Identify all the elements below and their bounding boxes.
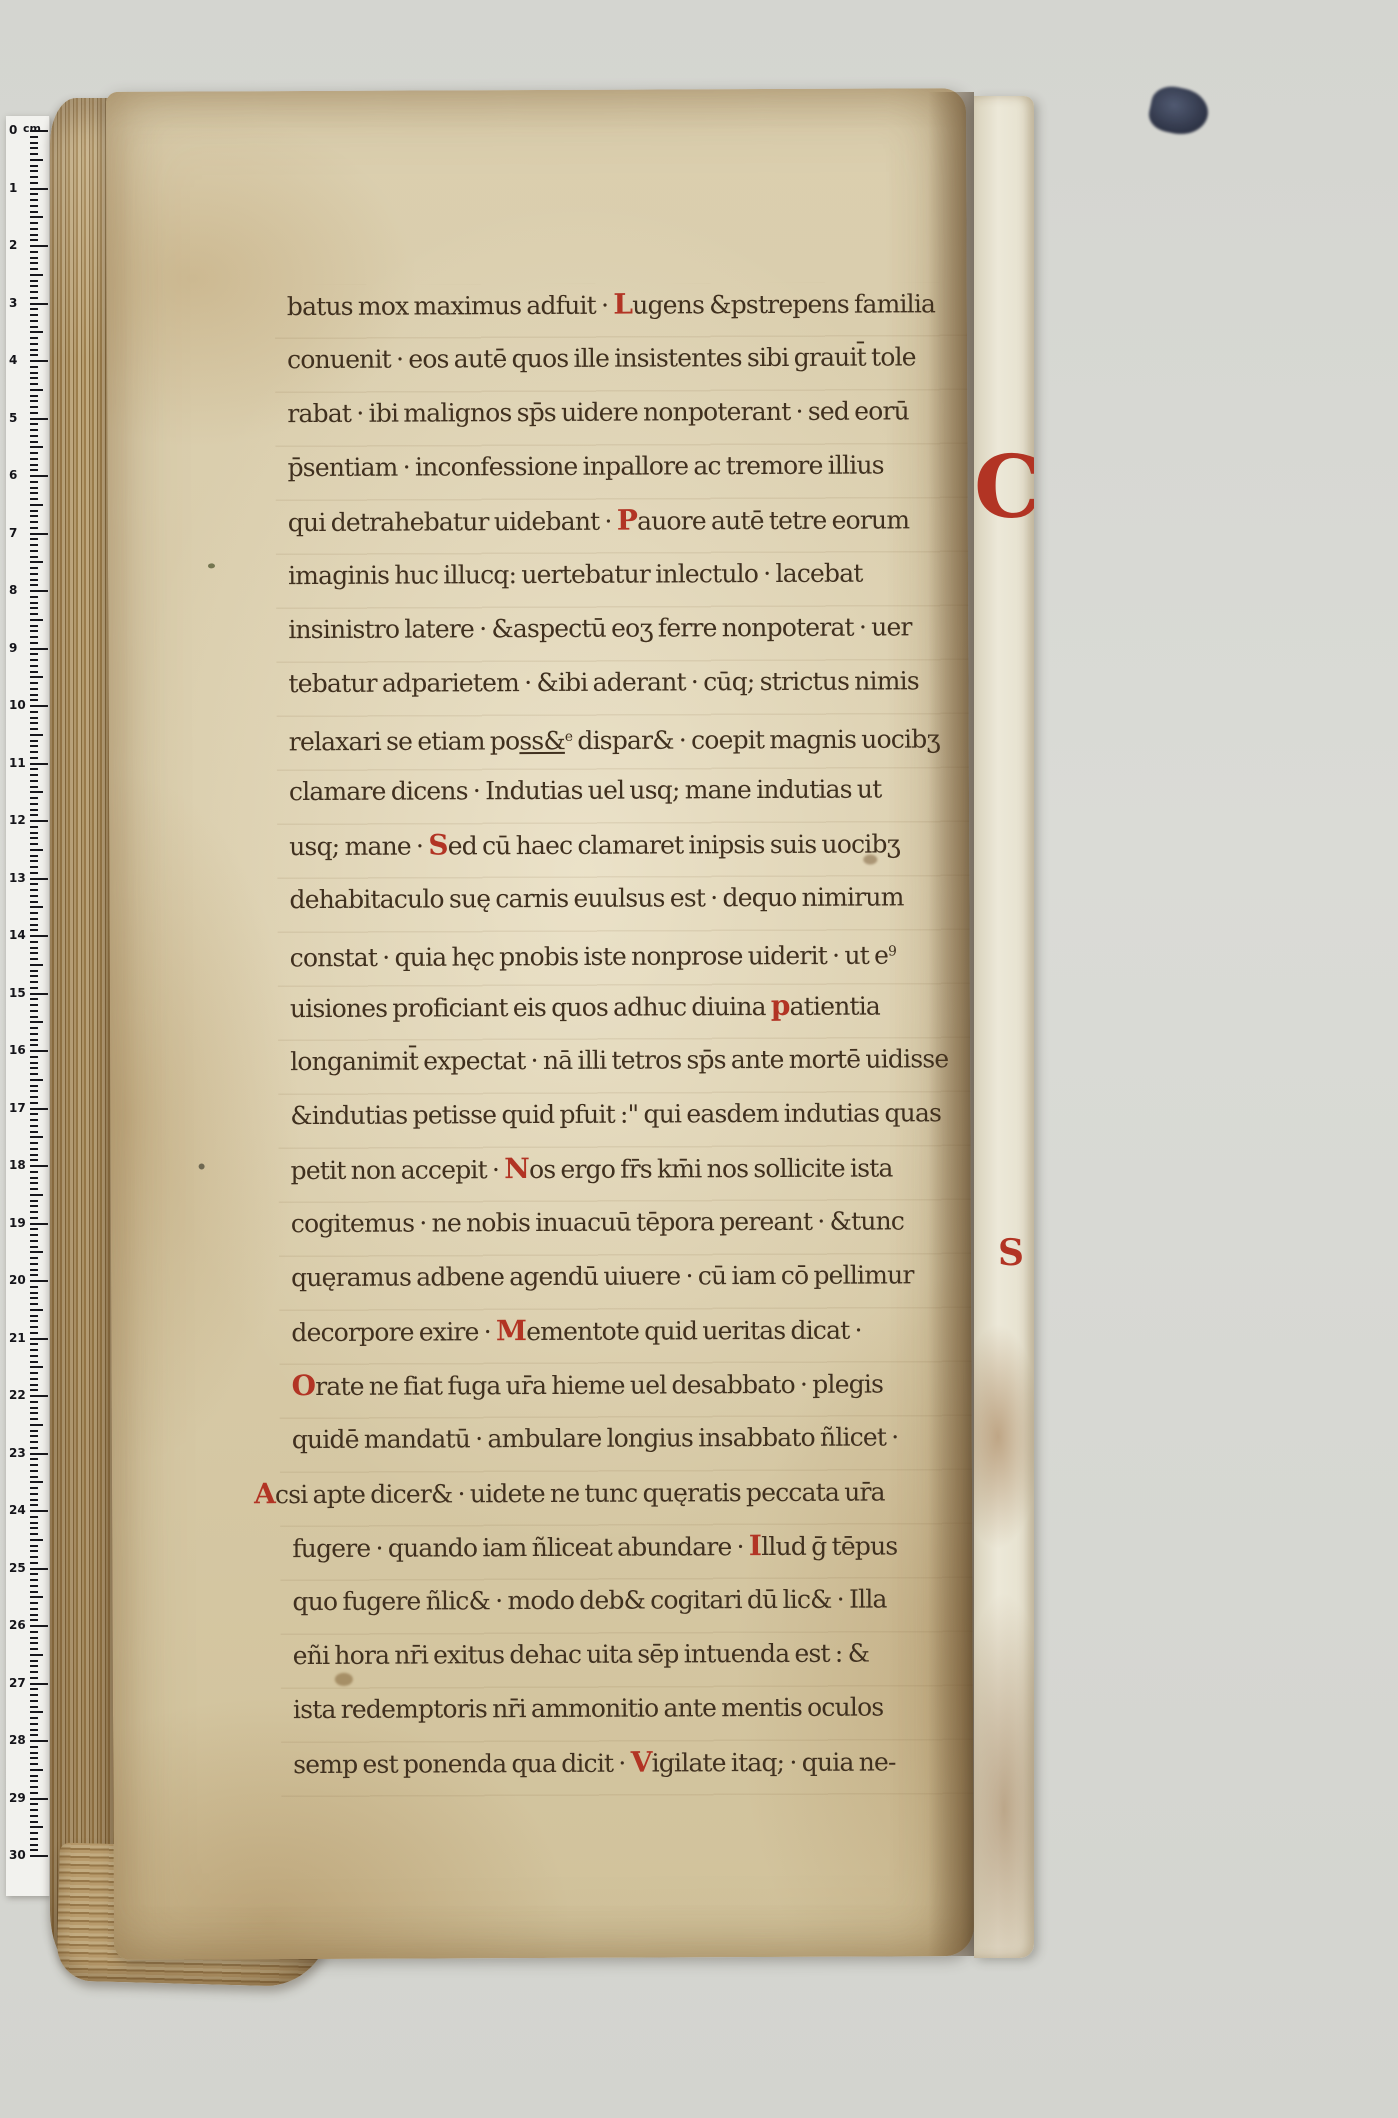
ruler-tick	[30, 1746, 38, 1748]
manuscript-line: fugere · quando iam ñliceat abundare · I…	[292, 1518, 950, 1575]
text-segment: tebatur adparietem · &ibi aderant · cūq;…	[288, 666, 918, 698]
ruler-tick	[30, 843, 38, 845]
ink-speck	[199, 1163, 205, 1169]
ruler-tick	[30, 429, 38, 431]
ruler-tick	[30, 216, 43, 218]
text-segment: dehabitaculo suę carnis euulsus est · de…	[289, 882, 903, 914]
ruler-tick	[30, 1269, 38, 1271]
ruler-tick	[30, 803, 38, 805]
ruler-tick	[30, 964, 43, 966]
ruler-tick	[30, 757, 38, 759]
ruler-label: 12	[9, 812, 29, 828]
text-segment: p̄sentiam · inconfessione inpallore ac t…	[288, 450, 884, 482]
manuscript-line: tebatur adparietem · &ibi aderant · cūq;…	[288, 654, 946, 711]
ruler-tick	[30, 1292, 38, 1294]
ruler-tick	[30, 1717, 38, 1719]
ruler-tick	[30, 418, 48, 420]
ruler-tick	[30, 1826, 43, 1828]
ruler-tick	[30, 1171, 38, 1173]
ruler-tick	[30, 147, 38, 149]
ruler-tick	[30, 1223, 48, 1225]
ruler-tick	[30, 987, 38, 989]
ruler-tick	[30, 165, 38, 167]
ruler-tick	[30, 860, 38, 862]
ruler-tick	[30, 303, 48, 305]
ruler-tick	[30, 193, 38, 195]
ruler-tick	[30, 1447, 38, 1449]
ruler-tick	[30, 602, 38, 604]
ruler-tick	[30, 1027, 38, 1029]
ruler-label: 5	[9, 410, 29, 426]
ruler-tick	[30, 1614, 38, 1616]
ruler-tick	[30, 130, 48, 132]
ruler-tick	[30, 211, 38, 213]
ruler-tick	[30, 1798, 48, 1800]
ruler-tick	[30, 1079, 43, 1081]
ruler-tick	[30, 354, 38, 356]
ruler-tick	[30, 728, 38, 730]
ruler-tick	[30, 1700, 38, 1702]
manuscript-page: batus mox maximus adfuit · Lugens &pstre…	[106, 88, 974, 1960]
ruler-tick	[30, 337, 38, 339]
ruler-tick	[30, 142, 38, 144]
ruler-label: 8	[9, 582, 29, 598]
ruler-tick	[30, 1769, 43, 1771]
ruler-tick	[30, 222, 38, 224]
ruler-tick	[30, 533, 48, 535]
ruler-tick	[30, 1476, 38, 1478]
ruler-tick	[30, 791, 43, 793]
ruler-tick	[30, 1671, 38, 1673]
manuscript-line: quo fugere ñlic& · modo deb& cogitari dū…	[292, 1572, 950, 1629]
ruler-tick	[30, 993, 48, 995]
stain-spot	[863, 855, 877, 865]
ruler-label: 3	[9, 295, 29, 311]
ruler-tick	[30, 872, 38, 874]
ruler-tick	[30, 1297, 38, 1299]
ruler-tick	[30, 1067, 38, 1069]
ink-speck	[208, 563, 215, 568]
ruler-tick	[30, 1654, 43, 1656]
text-segment: ugens &pstrepens familia	[632, 289, 935, 319]
ruler-tick	[30, 590, 48, 592]
ruler-tick	[30, 1757, 38, 1759]
ruler-tick	[30, 774, 38, 776]
ruler-tick	[30, 797, 38, 799]
facing-page-edge: C S	[974, 96, 1034, 1958]
ruler-tick	[30, 170, 38, 172]
ruler-tick	[30, 814, 38, 816]
ruler-tick	[30, 981, 38, 983]
ruler-tick	[30, 1159, 38, 1161]
manuscript-line: &indutias petisse quid pfuit :" qui easd…	[290, 1086, 948, 1143]
ruler-tick	[30, 1418, 38, 1420]
ruler-tick	[30, 722, 38, 724]
text-segment: &indutias petisse quid pfuit :" qui easd…	[290, 1098, 941, 1130]
ruler-tick	[30, 372, 38, 374]
ruler-tick	[30, 1579, 38, 1581]
ruler-tick	[30, 1516, 38, 1518]
manuscript-line: Acsi apte dicer& · uidete ne tunc quęrat…	[254, 1464, 950, 1521]
ruler-label: 19	[9, 1215, 29, 1231]
text-segment: atientia	[790, 992, 881, 1021]
ruler-tick	[30, 538, 38, 540]
ruler-tick	[30, 705, 48, 707]
ruler-label: 18	[9, 1157, 29, 1173]
ruler-tick	[30, 832, 38, 834]
ruler-tick	[30, 958, 38, 960]
ruler-tick	[30, 780, 38, 782]
ruler-tick	[30, 412, 38, 414]
ruler-tick	[30, 1688, 38, 1690]
text-segment: semp est ponenda qua dicit ·	[293, 1749, 631, 1779]
ruler-tick	[30, 153, 38, 155]
manuscript-line: eñi hora nr̄i exitus dehac uita sēp intu…	[293, 1626, 951, 1683]
ruler-tick	[30, 400, 38, 402]
ruler-tick	[30, 1096, 38, 1098]
ruler-label: 7	[9, 525, 29, 541]
ruler-tick	[30, 182, 38, 184]
ruler-tick	[30, 1154, 38, 1156]
ruler-tick	[30, 1177, 38, 1179]
ruler-tick	[30, 1125, 38, 1127]
ruler-tick	[30, 268, 38, 270]
ruler-tick	[30, 176, 38, 178]
ruler-tick	[30, 820, 48, 822]
ruler-tick	[30, 1378, 38, 1380]
ruler-tick	[30, 1228, 38, 1230]
ruler-tick	[30, 1326, 38, 1328]
text-segment: qui detrahebatur uidebant ·	[288, 507, 617, 537]
ruler-tick	[30, 642, 38, 644]
ruler-tick	[30, 1366, 43, 1368]
ruler-tick	[30, 653, 38, 655]
text-segment: os ergo fr̄s km̄i nos sollicite ista	[529, 1153, 893, 1184]
ruler-tick	[30, 924, 38, 926]
text-segment: clamare dicens · Indutias uel usq; mane …	[289, 775, 882, 807]
ruler-tick	[30, 452, 38, 454]
ruler-tick	[30, 1711, 43, 1713]
ruler-tick	[30, 682, 38, 684]
manuscript-line: dehabitaculo suę carnis euulsus est · de…	[289, 870, 947, 927]
ruler-tick	[30, 1619, 38, 1621]
text-segment: dispar& · coepit magnis uocibʒ	[572, 725, 940, 756]
ruler-tick	[30, 659, 38, 661]
ruler-label: 9	[9, 640, 29, 656]
ruler-label: 17	[9, 1100, 29, 1116]
ruler-tick	[30, 234, 38, 236]
ruler-tick	[30, 1568, 48, 1570]
text-segment: 9	[888, 943, 896, 959]
ruler-tick	[30, 1263, 38, 1265]
ruler-tick	[30, 889, 38, 891]
ruler-tick	[30, 527, 38, 529]
ruler-tick	[30, 740, 38, 742]
ruler-tick	[30, 1407, 38, 1409]
ruler-tick	[30, 1740, 48, 1742]
ruler-tick	[30, 1665, 38, 1667]
ruler-tick	[30, 274, 43, 276]
ruler-tick	[30, 1642, 38, 1644]
ruler-tick	[30, 688, 38, 690]
rubricated-initial: V	[631, 1746, 652, 1779]
text-segment: quo fugere ñlic& · modo deb& cogitari dū…	[292, 1584, 886, 1616]
ruler-tick	[30, 1389, 38, 1391]
ruler-tick	[30, 446, 43, 448]
ruler-tick	[30, 1343, 38, 1345]
ruler-tick	[30, 1441, 38, 1443]
ruler-tick	[30, 1458, 38, 1460]
text-segment: uisiones proficiant eis quos adhuc diuin…	[290, 992, 771, 1023]
ruler-tick	[30, 711, 38, 713]
gutter-shadow	[928, 92, 974, 1956]
ruler-tick	[30, 1602, 38, 1604]
ruler-label: 28	[9, 1732, 29, 1748]
ruler-tick	[30, 550, 38, 552]
ruler-tick	[30, 699, 38, 701]
ruler-label: 21	[9, 1330, 29, 1346]
ruler-tick	[30, 1585, 38, 1587]
ruler-tick	[30, 1573, 38, 1575]
ruler-tick	[30, 1844, 38, 1846]
manuscript-line: qui detrahebatur uidebant · Pauore autē …	[288, 492, 946, 549]
text-segment: petit non accepit ·	[291, 1155, 505, 1185]
ruler-tick	[30, 1545, 38, 1547]
ruler-tick	[30, 383, 38, 385]
ruler-tick	[30, 199, 38, 201]
ruler-tick	[30, 1752, 38, 1754]
ruler-tick	[30, 1499, 38, 1501]
manuscript-line: constat · quia hęc pnobis iste nonprose …	[290, 924, 948, 981]
ruler-tick	[30, 648, 48, 650]
ruler-tick	[30, 280, 38, 282]
ruler-tick	[30, 1355, 38, 1357]
ruler-tick	[30, 694, 38, 696]
ruler-tick	[30, 855, 38, 857]
ruler-tick	[30, 1591, 38, 1593]
ruler-tick	[30, 498, 38, 500]
ruler-tick	[30, 389, 43, 391]
text-segment: csi apte dicer& · uidete ne tunc quęrati…	[275, 1478, 885, 1510]
text-segment: batus mox maximus adfuit ·	[287, 291, 614, 321]
ruler-tick	[30, 1073, 38, 1075]
ruler-tick	[30, 665, 38, 667]
ruler-tick	[30, 878, 48, 880]
facing-initial-s: S	[998, 1232, 1024, 1274]
ruler-tick	[30, 1832, 38, 1834]
ruler-tick	[30, 1234, 38, 1236]
ruler-tick	[30, 1481, 43, 1483]
ruler-tick	[30, 1470, 38, 1472]
ruler-tick	[30, 159, 43, 161]
ruler-tick	[30, 1136, 43, 1138]
ruler-tick	[30, 1683, 48, 1685]
ruler-tick	[30, 1309, 43, 1311]
ruler-tick	[30, 291, 38, 293]
ruler-tick	[30, 349, 38, 351]
ruler-tick	[30, 584, 38, 586]
ruler-tick	[30, 1527, 38, 1529]
ruler-tick	[30, 636, 38, 638]
ruler-label: 1	[9, 180, 29, 196]
ruler-tick	[30, 1729, 38, 1731]
manuscript-line: longanimit̄ expectat · nā illi tetros sp…	[290, 1032, 948, 1089]
text-segment: auore autē tetre eorum	[637, 505, 909, 535]
ruler-tick	[30, 1412, 38, 1414]
ruler-label: 24	[9, 1502, 29, 1518]
ruler-tick	[30, 1723, 38, 1725]
ruler-tick	[30, 1504, 38, 1506]
ruler-tick	[30, 1200, 38, 1202]
ruler-tick	[30, 245, 48, 247]
ruler-tick	[30, 1217, 38, 1219]
ruler-tick	[30, 1165, 48, 1167]
ruler-tick	[30, 320, 38, 322]
ruler-tick	[30, 228, 38, 230]
text-segment: conuenit · eos autē quos ille insistente…	[287, 342, 916, 374]
ruler-tick	[30, 1637, 38, 1639]
text-segment: cogitemus · ne nobis inuacuū tēpora pere…	[291, 1206, 904, 1238]
ruler-tick	[30, 826, 38, 828]
rubricated-initial: M	[496, 1314, 526, 1347]
rubricated-initial: L	[613, 288, 632, 321]
ruler-tick	[30, 1050, 48, 1052]
manuscript-line: p̄sentiam · inconfessione inpallore ac t…	[287, 438, 945, 495]
ruler-tick	[30, 1453, 48, 1455]
ruler-tick	[30, 423, 38, 425]
ruler-tick	[30, 1608, 38, 1610]
ruler-tick	[30, 314, 38, 316]
ruler-tick	[30, 1182, 38, 1184]
ruler-tick	[30, 377, 38, 379]
ruler-tick	[30, 929, 38, 931]
ruler-tick	[30, 952, 38, 954]
text-segment: ementote quid ueritas dicat ·	[526, 1316, 862, 1346]
ruler-tick	[30, 326, 38, 328]
ruler-tick	[30, 556, 38, 558]
ruler-label: 25	[9, 1560, 29, 1576]
ruler-tick	[30, 573, 38, 575]
ruler-tick	[30, 786, 38, 788]
text-segment: insinistro latere · &aspectū eoʒ ferre n…	[288, 612, 912, 644]
text-segment: ss&	[519, 726, 565, 755]
ruler-tick	[30, 561, 43, 563]
ruler-tick	[30, 1010, 38, 1012]
ruler-tick	[30, 1522, 38, 1524]
ruler-tick	[30, 596, 38, 598]
ruler-tick	[30, 1332, 38, 1334]
ruler-tick	[30, 947, 38, 949]
ruler-tick	[30, 1338, 48, 1340]
ruler-tick	[30, 906, 43, 908]
rubricated-initial: O	[292, 1369, 316, 1402]
ruler-tick	[30, 763, 48, 765]
ruler-label: 20	[9, 1272, 29, 1288]
ruler-tick	[30, 1384, 38, 1386]
ruler-tick	[30, 1424, 43, 1426]
ruler-tick	[30, 1786, 38, 1788]
ruler-tick	[30, 515, 38, 517]
ruler-tick	[30, 1803, 38, 1805]
ruler-tick	[30, 1257, 38, 1259]
ruler: cm 0123456789101112131415161718192021222…	[6, 116, 50, 1896]
manuscript-line: conuenit · eos autē quos ille insistente…	[287, 330, 945, 387]
ruler-tick	[30, 487, 38, 489]
ruler-tick	[30, 136, 38, 138]
ruler-label: 23	[9, 1445, 29, 1461]
ruler-tick	[30, 901, 38, 903]
ruler-tick	[30, 866, 38, 868]
ruler-tick	[30, 481, 38, 483]
manuscript-photo: cm 0123456789101112131415161718192021222…	[0, 0, 1398, 2118]
ruler-tick	[30, 745, 38, 747]
ruler-tick	[30, 671, 38, 673]
ruler-label: 22	[9, 1387, 29, 1403]
ruler-tick	[30, 998, 38, 1000]
ruler-tick	[30, 1246, 38, 1248]
ruler-tick	[30, 837, 38, 839]
manuscript-line: petit non accepit · Nos ergo fr̄s km̄i n…	[291, 1140, 949, 1197]
ruler-tick	[30, 1849, 38, 1851]
stain-spot	[335, 1673, 353, 1686]
manuscript-line: relaxari se etiam poss&e dispar& · coepi…	[289, 708, 947, 765]
ruler-tick	[30, 1780, 38, 1782]
text-segment: quidē mandatū · ambulare longius insabba…	[292, 1422, 899, 1454]
text-segment: ed cū haec clamaret inipsis suis uocibʒ	[448, 829, 900, 860]
ruler-tick	[30, 975, 38, 977]
manuscript-line: quidē mandatū · ambulare longius insabba…	[292, 1410, 950, 1467]
page-edges-left	[50, 98, 114, 1970]
ruler-tick	[30, 1556, 38, 1558]
ruler-tick	[30, 619, 43, 621]
ruler-tick	[30, 1056, 38, 1058]
manuscript-line: quęramus adbene agendū uiuere · cū iam c…	[291, 1248, 949, 1305]
manuscript-line: imaginis huc illucq: uertebatur inlectul…	[288, 546, 946, 603]
ruler-tick	[30, 935, 48, 937]
ruler-tick	[30, 1315, 38, 1317]
ruler-tick	[30, 1821, 38, 1823]
ruler-tick	[30, 464, 38, 466]
ruler-tick	[30, 1625, 48, 1627]
ruler-tick	[30, 1113, 38, 1115]
ruler-tick	[30, 1142, 38, 1144]
ruler-tick	[30, 239, 38, 241]
ruler-tick	[30, 613, 38, 615]
ruler-tick	[30, 1286, 38, 1288]
ruler-tick	[30, 1435, 38, 1437]
ruler-tick	[30, 1349, 38, 1351]
ruler-tick	[30, 849, 43, 851]
ruler-tick	[30, 297, 38, 299]
text-segment: decorpore exire ·	[291, 1317, 496, 1347]
ruler-tick	[30, 492, 38, 494]
ruler-tick	[30, 1510, 48, 1512]
ruler-tick	[30, 1251, 43, 1253]
text-segment: llud ḡ tēpus	[761, 1531, 897, 1561]
ruler-tick	[30, 676, 43, 678]
ruler-label: 16	[9, 1042, 29, 1058]
ruler-tick	[30, 1004, 38, 1006]
ruler-tick	[30, 1033, 38, 1035]
ruler-tick	[30, 1648, 38, 1650]
ruler-label: 10	[9, 697, 29, 713]
ruler-tick	[30, 1044, 38, 1046]
ruler-tick	[30, 1240, 38, 1242]
ruler-tick	[30, 1533, 38, 1535]
manuscript-line: Orate ne fiat fuga ur̄a hieme uel desabb…	[291, 1356, 949, 1413]
ruler-tick	[30, 1596, 43, 1598]
ruler-tick	[30, 205, 38, 207]
